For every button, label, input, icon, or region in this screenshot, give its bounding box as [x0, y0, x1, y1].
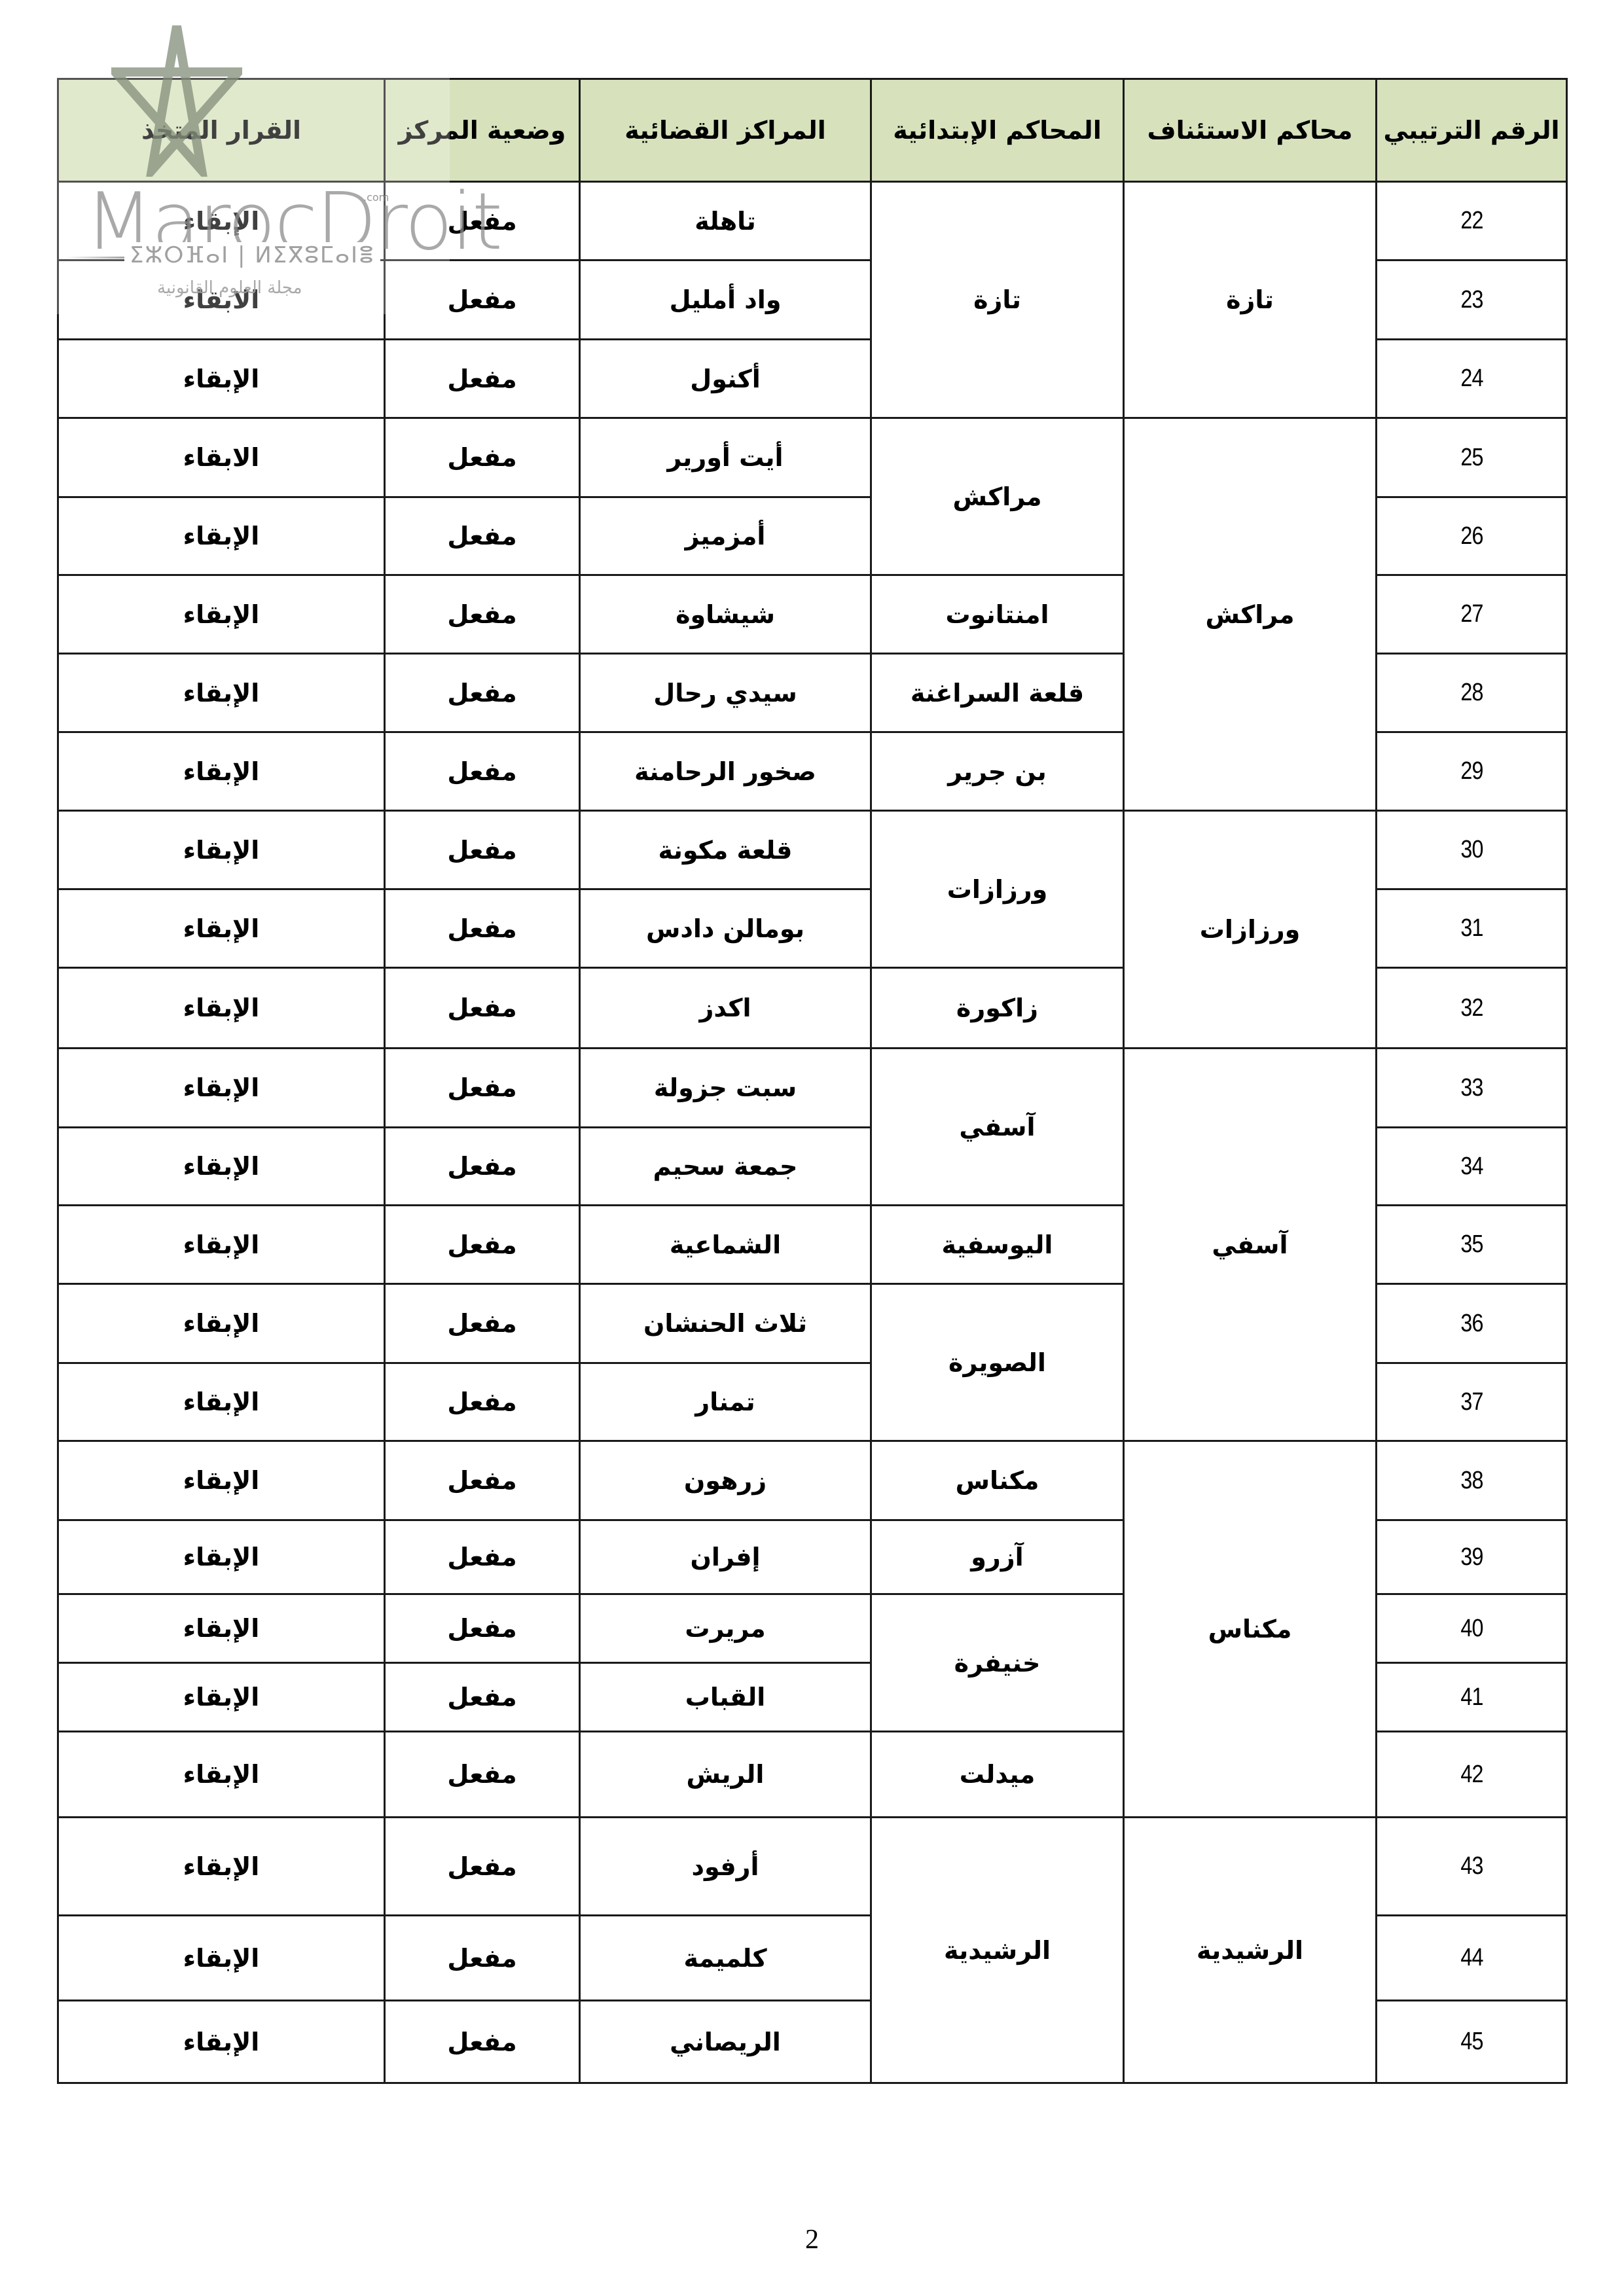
- status-cell: مفعل: [385, 1049, 580, 1128]
- document-page: الرقم الترتيبي محاكم الاستئناف المحاكم ا…: [0, 0, 1624, 2296]
- row-number: 22: [1390, 182, 1552, 260]
- row-number: 23: [1390, 260, 1552, 340]
- first-instance-court-cell: الرشيدية: [871, 1818, 1124, 2083]
- judicial-center-cell: اكدز: [580, 968, 871, 1049]
- decision-cell: الإبقاء: [58, 1128, 385, 1206]
- header-decision: القرار المتخذ: [58, 79, 385, 182]
- first-instance-court-cell: خنيفرة: [871, 1594, 1124, 1732]
- judicial-center-cell: سيدي رحال: [580, 654, 871, 732]
- header-first-instance-court: المحاكم الإبتدائية: [871, 79, 1124, 182]
- row-number: 42: [1390, 1732, 1552, 1818]
- first-instance-court-cell: ورزازات: [871, 811, 1124, 968]
- decision-cell: الإبقاء: [58, 1049, 385, 1128]
- appeal-court-cell: ورزازات: [1124, 811, 1377, 1049]
- row-number: 34: [1390, 1128, 1552, 1206]
- decision-cell: الإبقاء: [58, 1594, 385, 1663]
- decision-cell: الإبقاء: [58, 1916, 385, 2001]
- first-instance-court-cell: تازة: [871, 182, 1124, 418]
- decision-cell: الإبقاء: [58, 889, 385, 968]
- row-number: 29: [1390, 732, 1552, 811]
- appeal-court-cell: الرشيدية: [1124, 1818, 1377, 2083]
- table-row: 38 مكناس مكناس زرهون مفعل الإبقاء: [58, 1441, 1567, 1520]
- decision-cell: الإبقاء: [58, 1663, 385, 1732]
- decision-cell: الإبقاء: [58, 1284, 385, 1363]
- judicial-center-cell: أرفود: [580, 1818, 871, 1916]
- judicial-center-cell: إفران: [580, 1520, 871, 1594]
- row-number: 25: [1390, 418, 1552, 497]
- appeal-court-cell: مراكش: [1124, 418, 1377, 811]
- status-cell: مفعل: [385, 811, 580, 889]
- judicial-center-cell: كلميمة: [580, 1916, 871, 2001]
- row-number: 30: [1390, 811, 1552, 889]
- status-cell: مفعل: [385, 1363, 580, 1441]
- status-cell: مفعل: [385, 575, 580, 654]
- appeal-court-cell: آسفي: [1124, 1049, 1377, 1441]
- decision-cell: الإبقاء: [58, 497, 385, 575]
- status-cell: مفعل: [385, 1284, 580, 1363]
- decision-cell: الإبقاء: [58, 1732, 385, 1818]
- status-cell: مفعل: [385, 1206, 580, 1284]
- status-cell: مفعل: [385, 732, 580, 811]
- table-header-row: الرقم الترتيبي محاكم الاستئناف المحاكم ا…: [58, 79, 1567, 182]
- judicial-center-cell: تمنار: [580, 1363, 871, 1441]
- header-number: الرقم الترتيبي: [1377, 79, 1567, 182]
- status-cell: مفعل: [385, 497, 580, 575]
- judicial-center-cell: سبت جزولة: [580, 1049, 871, 1128]
- row-number: 37: [1390, 1363, 1552, 1441]
- status-cell: مفعل: [385, 340, 580, 418]
- table-row: 30 ورزازات ورزازات قلعة مكونة مفعل الإبق…: [58, 811, 1567, 889]
- judicial-center-cell: أيت أورير: [580, 418, 871, 497]
- judicial-center-cell: جمعة سحيم: [580, 1128, 871, 1206]
- row-number: 24: [1390, 340, 1552, 418]
- appeal-court-cell: مكناس: [1124, 1441, 1377, 1818]
- table-row: 33 آسفي آسفي سبت جزولة مفعل الإبقاء: [58, 1049, 1567, 1128]
- judicial-center-cell: القباب: [580, 1663, 871, 1732]
- status-cell: مفعل: [385, 968, 580, 1049]
- row-number: 44: [1390, 1916, 1552, 2001]
- first-instance-court-cell: اليوسفية: [871, 1206, 1124, 1284]
- page-number: 2: [0, 2224, 1624, 2255]
- status-cell: مفعل: [385, 654, 580, 732]
- status-cell: مفعل: [385, 182, 580, 260]
- judicial-center-cell: صخور الرحامنة: [580, 732, 871, 811]
- header-judicial-center: المراكز القضائية: [580, 79, 871, 182]
- row-number: 28: [1390, 654, 1552, 732]
- first-instance-court-cell: بن جرير: [871, 732, 1124, 811]
- status-cell: مفعل: [385, 2001, 580, 2083]
- judicial-center-cell: الريش: [580, 1732, 871, 1818]
- judicial-center-cell: ثلاث الحنشان: [580, 1284, 871, 1363]
- row-number: 41: [1390, 1663, 1552, 1732]
- first-instance-court-cell: مراكش: [871, 418, 1124, 575]
- status-cell: مفعل: [385, 889, 580, 968]
- judicial-center-cell: أمزميز: [580, 497, 871, 575]
- first-instance-court-cell: الصويرة: [871, 1284, 1124, 1441]
- decision-cell: الإبقاء: [58, 1206, 385, 1284]
- status-cell: مفعل: [385, 1818, 580, 1916]
- first-instance-court-cell: ميدلت: [871, 1732, 1124, 1818]
- judicial-center-cell: بومالن دادس: [580, 889, 871, 968]
- decision-cell: الإبقاء: [58, 811, 385, 889]
- judicial-center-cell: الريصاني: [580, 2001, 871, 2083]
- row-number: 43: [1390, 1818, 1552, 1916]
- row-number: 33: [1390, 1049, 1552, 1128]
- judicial-center-cell: زرهون: [580, 1441, 871, 1520]
- header-center-status: وضعية المركز: [385, 79, 580, 182]
- row-number: 31: [1390, 889, 1552, 968]
- row-number: 38: [1390, 1441, 1552, 1520]
- judicial-center-cell: شيشاوة: [580, 575, 871, 654]
- judicial-center-cell: مريرت: [580, 1594, 871, 1663]
- decision-cell: الابقاء: [58, 418, 385, 497]
- table-row: 25 مراكش مراكش أيت أورير مفعل الابقاء: [58, 418, 1567, 497]
- first-instance-court-cell: قلعة السراغنة: [871, 654, 1124, 732]
- row-number: 27: [1390, 575, 1552, 654]
- header-appeal-court: محاكم الاستئناف: [1124, 79, 1377, 182]
- table-row: 43 الرشيدية الرشيدية أرفود مفعل الإبقاء: [58, 1818, 1567, 1916]
- decision-cell: الإبقاء: [58, 1363, 385, 1441]
- status-cell: مفعل: [385, 1520, 580, 1594]
- row-number: 40: [1390, 1594, 1552, 1663]
- decision-cell: الإبقاء: [58, 575, 385, 654]
- decision-cell: الإبقاء: [58, 1520, 385, 1594]
- decision-cell: الابقاء: [58, 260, 385, 340]
- decision-cell: الإبقاء: [58, 340, 385, 418]
- status-cell: مفعل: [385, 1128, 580, 1206]
- first-instance-court-cell: امنتانوت: [871, 575, 1124, 654]
- status-cell: مفعل: [385, 1732, 580, 1818]
- judicial-center-cell: الشماعية: [580, 1206, 871, 1284]
- row-number: 36: [1390, 1284, 1552, 1363]
- judicial-center-cell: تاهلة: [580, 182, 871, 260]
- status-cell: مفعل: [385, 260, 580, 340]
- status-cell: مفعل: [385, 1916, 580, 2001]
- row-number: 39: [1390, 1520, 1552, 1594]
- decision-cell: الإبقاء: [58, 182, 385, 260]
- decision-cell: الإبقاء: [58, 654, 385, 732]
- status-cell: مفعل: [385, 1663, 580, 1732]
- row-number: 45: [1390, 2001, 1552, 2083]
- decision-cell: الإبقاء: [58, 1818, 385, 1916]
- table-row: 22 تازة تازة تاهلة مفعل الإبقاء: [58, 182, 1567, 260]
- status-cell: مفعل: [385, 1594, 580, 1663]
- decision-cell: الإبقاء: [58, 2001, 385, 2083]
- judicial-center-cell: قلعة مكونة: [580, 811, 871, 889]
- judicial-centers-table: الرقم الترتيبي محاكم الاستئناف المحاكم ا…: [57, 78, 1568, 2084]
- row-number: 32: [1390, 968, 1552, 1049]
- first-instance-court-cell: آسفي: [871, 1049, 1124, 1206]
- first-instance-court-cell: مكناس: [871, 1441, 1124, 1520]
- decision-cell: الإبقاء: [58, 1441, 385, 1520]
- judicial-center-cell: واد أمليل: [580, 260, 871, 340]
- status-cell: مفعل: [385, 418, 580, 497]
- row-number: 26: [1390, 497, 1552, 575]
- decision-cell: الإبقاء: [58, 732, 385, 811]
- first-instance-court-cell: آزرو: [871, 1520, 1124, 1594]
- status-cell: مفعل: [385, 1441, 580, 1520]
- decision-cell: الإبقاء: [58, 968, 385, 1049]
- judicial-center-cell: أكنول: [580, 340, 871, 418]
- first-instance-court-cell: زاكورة: [871, 968, 1124, 1049]
- row-number: 35: [1390, 1206, 1552, 1284]
- appeal-court-cell: تازة: [1124, 182, 1377, 418]
